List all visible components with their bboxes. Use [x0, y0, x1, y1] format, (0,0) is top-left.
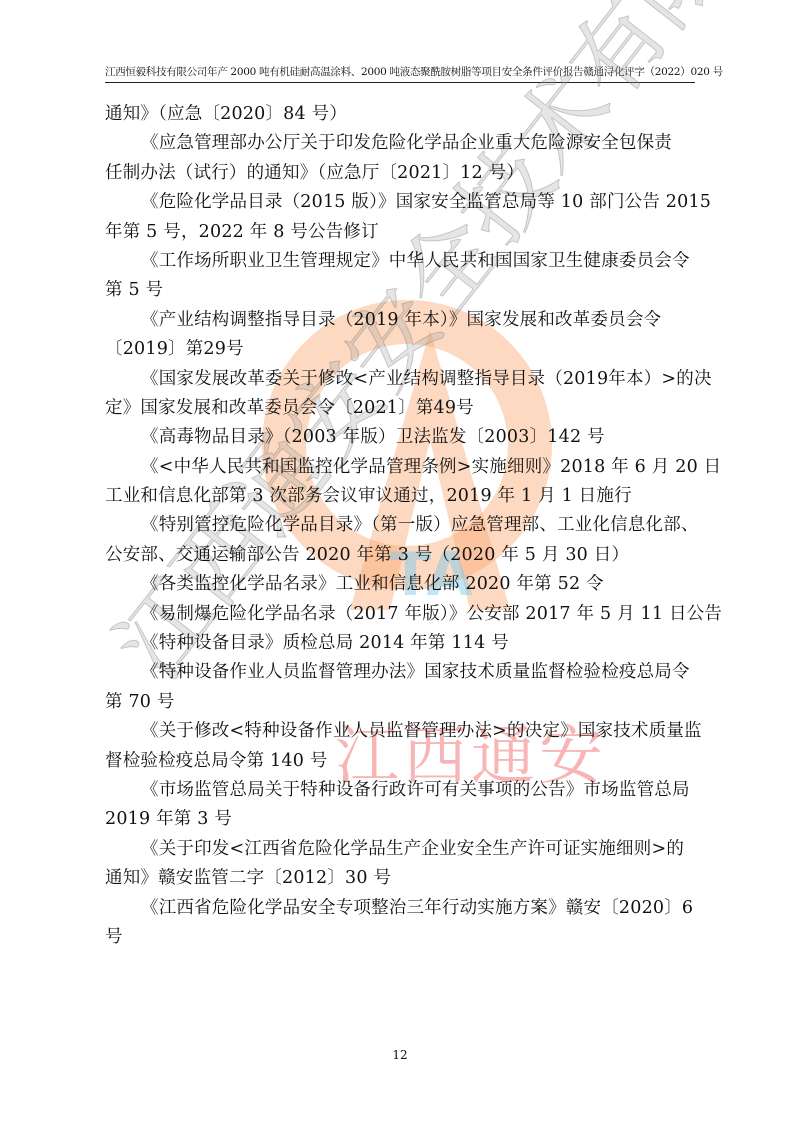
text-line: 督检验检疫总局令第 140 号	[105, 747, 705, 776]
text-line: 《产业结构调整指导目录（2019 年本）》国家发展和改革委员会令	[105, 306, 705, 335]
text-line: 第 70 号	[105, 688, 705, 717]
text-line: 2019 年第 3 号	[105, 805, 705, 834]
text-line: 《应急管理部办公厅关于印发危险化学品企业重大危险源安全包保责	[105, 129, 705, 158]
page-number: 12	[0, 1048, 800, 1062]
text-line: 《危险化学品目录（2015 版）》国家安全监管总局等 10 部门公告 2015	[105, 188, 705, 217]
text-line: 年第 5 号，2022 年 8 号公告修订	[105, 218, 705, 247]
text-line: 《特种设备目录》质检总局 2014 年第 114 号	[105, 629, 705, 658]
text-line: 《<中华人民共和国监控化学品管理条例>实施细则》2018 年 6 月 20 日	[105, 453, 705, 482]
text-line: 定》国家发展和改革委员会令〔2021〕第49号	[105, 394, 705, 423]
text-line: 第 5 号	[105, 276, 705, 305]
text-line: 任制办法（试行）的通知》（应急厅〔2021〕12 号）	[105, 159, 705, 188]
report-title: 江西恒毅科技有限公司年产 2000 吨有机硅耐高温涂料、2000 吨液态聚酰胺树…	[105, 64, 583, 82]
text-line: 《江西省危险化学品安全专项整治三年行动实施方案》赣安〔2020〕6	[105, 894, 705, 923]
text-line: 号	[105, 923, 705, 952]
text-line: 公安部、交通运输部公告 2020 年第 3 号（2020 年 5 月 30 日）	[105, 541, 705, 570]
text-line: 《易制爆危险化学品名录（2017 年版）》公安部 2017 年 5 月 11 日…	[105, 600, 705, 629]
text-line: 工业和信息化部第 3 次部务会议审议通过，2019 年 1 月 1 日施行	[105, 482, 705, 511]
document-body: 通知》（应急〔2020〕84 号）《应急管理部办公厅关于印发危险化学品企业重大危…	[105, 100, 705, 952]
text-line: 通知》（应急〔2020〕84 号）	[105, 100, 705, 129]
text-line: 《特种设备作业人员监督管理办法》国家技术质量监督检验检疫总局令	[105, 658, 705, 687]
text-line: 《各类监控化学品名录》工业和信息化部 2020 年第 52 令	[105, 570, 705, 599]
document-page: TA 江西通安安全技术有限公司 江西通安 江西恒毅科技有限公司年产 2000 吨…	[0, 0, 800, 1131]
text-line: 《工作场所职业卫生管理规定》中华人民共和国国家卫生健康委员会令	[105, 247, 705, 276]
text-line: 《关于修改<特种设备作业人员监督管理办法>的决定》国家技术质量监	[105, 717, 705, 746]
report-number: 赣通浔化评字（2022）020 号	[583, 64, 723, 82]
text-line: 《高毒物品目录》（2003 年版）卫法监发〔2003〕142 号	[105, 423, 705, 452]
text-line: 《市场监管总局关于特种设备行政许可有关事项的公告》市场监管总局	[105, 776, 705, 805]
text-line: 《国家发展改革委关于修改<产业结构调整指导目录（2019年本）>的决	[105, 365, 705, 394]
text-line: 〔2019〕第29号	[105, 335, 705, 364]
text-line: 《关于印发<江西省危险化学品生产企业安全生产许可证实施细则>的	[105, 835, 705, 864]
text-line: 《特别管控危险化学品目录》（第一版）应急管理部、工业化信息化部、	[105, 511, 705, 540]
text-line: 通知》赣安监管二字〔2012〕30 号	[105, 864, 705, 893]
page-header: 江西恒毅科技有限公司年产 2000 吨有机硅耐高温涂料、2000 吨液态聚酰胺树…	[105, 64, 695, 83]
